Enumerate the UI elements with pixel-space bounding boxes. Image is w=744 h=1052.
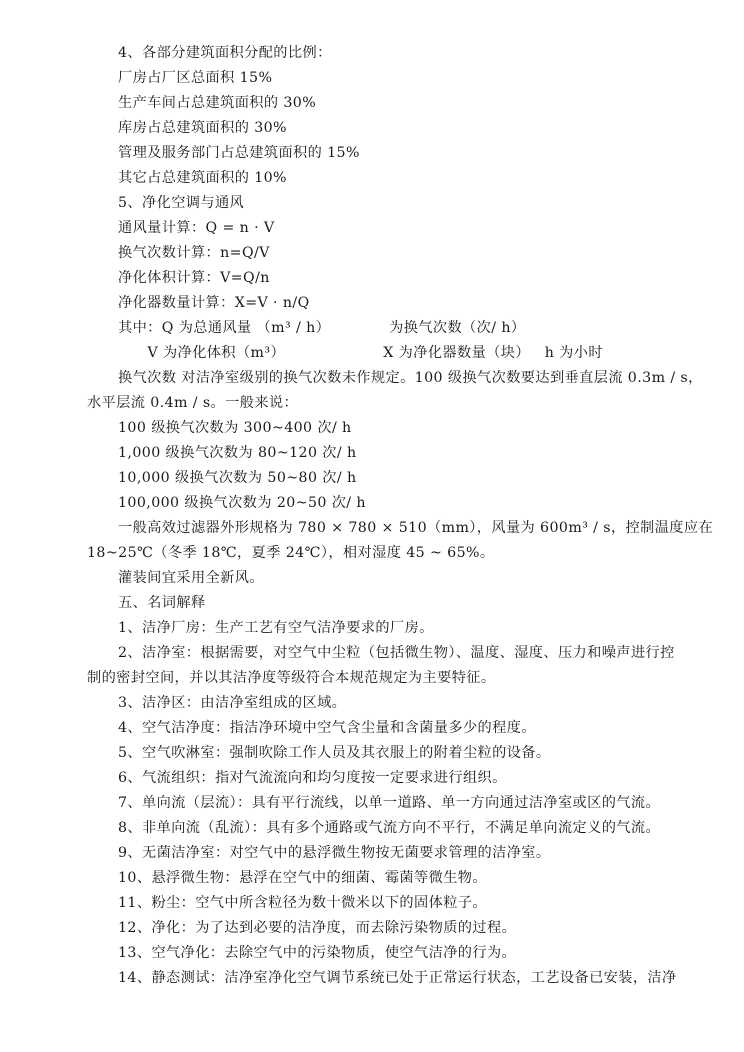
text-line: 14、静态测试：洁净室净化空气调节系统已处于正常运行状态，工艺设备已安装，洁净	[118, 968, 677, 988]
text-line: 五、名词解释	[118, 593, 206, 613]
text-line: 其它占总建筑面积的 10%	[118, 168, 287, 188]
text-line: 净化器数量计算：X=V · n/Q	[118, 293, 310, 313]
text-line: 100 级换气次数为 300~400 次/ h	[118, 418, 352, 438]
text-line: 10、悬浮微生物：悬浮在空气中的细菌、霉菌等微生物。	[118, 868, 487, 888]
text-line: 管理及服务部门占总建筑面积的 15%	[118, 143, 360, 163]
text-line: 4、各部分建筑面积分配的比例：	[118, 43, 332, 63]
text-line: 10,000 级换气次数为 50~80 次/ h	[118, 468, 357, 488]
text-line: 13、空气净化：去除空气中的污染物质，使空气洁净的行为。	[118, 943, 516, 963]
text-line: 生产车间占总建筑面积的 30%	[118, 93, 316, 113]
text-line: 5、净化空调与通风	[118, 193, 244, 213]
paragraph-continuation-line: 18~25℃（冬季 18℃，夏季 24℃），相对湿度 45 ~ 65%。	[87, 543, 494, 563]
document-page: 4、各部分建筑面积分配的比例：厂房占厂区总面积 15%生产车间占总建筑面积的 3…	[0, 0, 744, 1052]
text-line: 3、洁净区：由洁净室组成的区域。	[118, 693, 346, 713]
text-line: 净化体积计算：V=Q/n	[118, 268, 270, 288]
text-line: 12、净化：为了达到必要的洁净度，而去除污染物质的过程。	[118, 918, 516, 938]
text-line: 库房占总建筑面积的 30%	[118, 118, 287, 138]
text-line: 6、气流组织：指对气流流向和均匀度按一定要求进行组织。	[118, 768, 507, 788]
text-line: 4、空气洁净度：指洁净环境中空气含尘量和含菌量多少的程度。	[118, 718, 536, 738]
text-line: 2、洁净室：根据需要，对空气中尘粒（包括微生物）、温度、湿度、压力和噪声进行控	[118, 643, 675, 663]
text-line: 其中：Q 为总通风量 （m³ / h） 为换气次数（次/ h）	[118, 318, 525, 338]
text-line: 8、非单向流（乱流）：具有多个通路或气流方向不平行，不满足单向流定义的气流。	[118, 818, 660, 838]
text-line: 5、空气吹淋室：强制吹除工作人员及其衣服上的附着尘粒的设备。	[118, 743, 550, 763]
text-line: 9、无菌洁净室：对空气中的悬浮微生物按无菌要求管理的洁净室。	[118, 843, 550, 863]
text-line: 换气次数计算：n=Q/V	[118, 243, 270, 263]
text-line: 灌装间宜采用全新风。	[118, 568, 264, 588]
text-line: 7、单向流（层流）：具有平行流线，以单一道路、单一方向通过洁净室或区的气流。	[118, 793, 660, 813]
text-line: V 为净化体积（m³） X 为净化器数量（块） h 为小时	[118, 343, 603, 363]
paragraph-continuation-line: 制的密封空间，并以其洁净度等级符合本规范规定为主要特征。	[87, 668, 495, 688]
text-line: 厂房占厂区总面积 15%	[118, 68, 272, 88]
text-line: 通风量计算：Q = n · V	[118, 218, 275, 238]
text-line: 1、洁净厂房：生产工艺有空气洁净要求的厂房。	[118, 618, 434, 638]
paragraph-continuation-line: 水平层流 0.4m / s。一般来说：	[87, 393, 298, 413]
text-line: 一般高效过滤器外形规格为 780 × 780 × 510（mm），风量为 600…	[118, 518, 713, 538]
text-line: 100,000 级换气次数为 20~50 次/ h	[118, 493, 366, 513]
text-line: 1,000 级换气次数为 80~120 次/ h	[118, 443, 357, 463]
text-line: 11、粉尘：空气中所含粒径为数十微米以下的固体粒子。	[118, 893, 487, 913]
text-line: 换气次数 对洁净室级别的换气次数未作规定。100 级换气次数要达到垂直层流 0.…	[118, 368, 703, 388]
